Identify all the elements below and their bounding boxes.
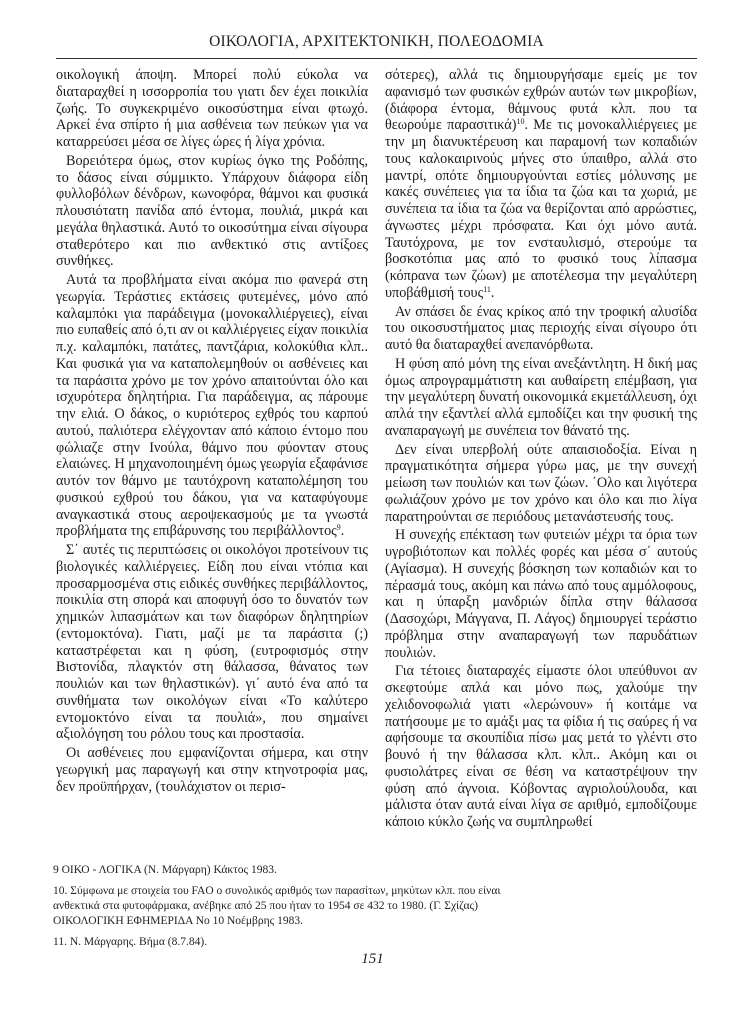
paragraph: σότερες), αλλά τις δημιουργήσαμε εμείς μ… xyxy=(385,67,697,302)
footnote-10: 10. Σύμφωνα με στοιχεία του FAO ο συνολι… xyxy=(53,884,503,929)
footnote-ref[interactable]: 11 xyxy=(483,285,491,294)
paragraph: Δεν είναι υπερβολή ούτε απαισιοδοξία. Εί… xyxy=(385,442,697,526)
footnote-9: 9 ΟΙΚΟ - ΛΟΓΙΚΑ (Ν. Μάργαρη) Κάκτος 1983… xyxy=(53,863,503,878)
footnote-11: 11. Ν. Μάργαρης. Βήμα (8.7.84). xyxy=(53,935,503,950)
left-column: οικολογική άποψη. Μπορεί πολύ εύκολα να … xyxy=(56,67,368,797)
page-number: 151 xyxy=(0,951,745,968)
footnote-ref[interactable]: 9 xyxy=(337,523,341,532)
paragraph-text: . Με τις μονοκαλλιέργειες με την μη διαν… xyxy=(385,117,697,301)
paragraph: Βορειότερα όμως, στον κυρίως όγκο της Ρο… xyxy=(56,153,368,270)
right-column: σότερες), αλλά τις δημιουργήσαμε εμείς μ… xyxy=(385,67,697,833)
paragraph: οικολογική άποψη. Μπορεί πολύ εύκολα να … xyxy=(56,67,368,151)
paragraph: Αυτά τα προβλήματα είναι ακόμα πιο φανερ… xyxy=(56,272,368,540)
paragraph: Σ΄ αυτές τις περιπτώσεις οι οικολόγοι πρ… xyxy=(56,542,368,743)
footnotes: 9 ΟΙΚΟ - ΛΟΓΙΚΑ (Ν. Μάργαρη) Κάκτος 1983… xyxy=(53,863,503,956)
paragraph: Οι ασθένειες που εμφανίζονται σήμερα, κα… xyxy=(56,745,368,795)
header-rule xyxy=(56,58,697,59)
paragraph: Αν σπάσει δε ένας κρίκος από την τροφική… xyxy=(385,304,697,354)
paragraph-text: . xyxy=(491,285,495,301)
paragraph-text: Αυτά τα προβλήματα είναι ακόμα πιο φανερ… xyxy=(56,272,368,539)
paragraph: Για τέτοιες διαταραχές είμαστε όλοι υπεύ… xyxy=(385,663,697,831)
running-header: ΟΙΚΟΛΟΓΙΑ, ΑΡΧΙΤΕΚΤΟΝΙΚΗ, ΠΟΛΕΟΔΟΜΙΑ xyxy=(56,33,697,51)
paragraph: Η συνεχής επέκταση των φυτειών μέχρι τα … xyxy=(385,527,697,661)
paragraph: Η φύση από μόνη της είναι ανεξάντλητη. Η… xyxy=(385,356,697,440)
